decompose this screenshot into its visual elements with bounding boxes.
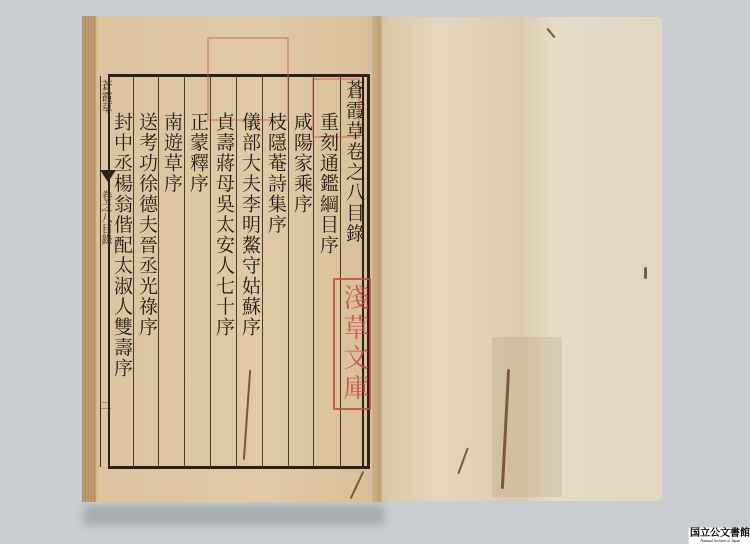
red-seal-asakusa-bunko: 淺草文庫 — [333, 278, 371, 410]
wormhole-track — [546, 28, 555, 38]
watermark-jp: 国立公文書館 — [689, 528, 750, 539]
toc-entry: 送考功徐德夫晉丞光祿序 — [135, 112, 159, 338]
wormhole-track — [457, 448, 468, 475]
toc-entry: 南遊草序 — [160, 112, 184, 194]
toc-entry: 咸陽家乘序 — [290, 112, 314, 215]
faint-seal-top — [207, 37, 289, 121]
wormhole-track — [644, 267, 647, 279]
toc-entry: 封中丞楊翁偕配太淑人雙壽序 — [110, 112, 134, 379]
toc-title: 蒼霞草卷之八目錄 — [342, 80, 366, 244]
column-rule — [210, 76, 211, 467]
column-rule — [262, 76, 263, 467]
page-edges — [82, 16, 96, 502]
toc-entry: 重刻通鑑綱目序 — [316, 112, 340, 256]
margin-book-title: 蒼霞草 — [99, 80, 113, 113]
book-shadow — [84, 505, 384, 525]
margin-page-number: 二 — [99, 400, 113, 411]
archives-watermark: 国立公文書館 National Archives of Japan — [688, 527, 750, 544]
toc-entry: 正蒙釋序 — [186, 112, 210, 194]
right-page-blank — [382, 17, 662, 501]
column-rule — [184, 76, 185, 467]
watermark-en: National Archives of Japan — [689, 539, 750, 544]
column-rule — [288, 76, 289, 467]
toc-entry: 儀部大夫李明鰲守姑蘇序 — [238, 112, 262, 338]
toc-entry: 貞壽蔣母吳太安人七十序 — [212, 112, 236, 338]
column-rule — [236, 76, 237, 467]
toc-entry: 枝隱菴詩集序 — [264, 112, 288, 235]
